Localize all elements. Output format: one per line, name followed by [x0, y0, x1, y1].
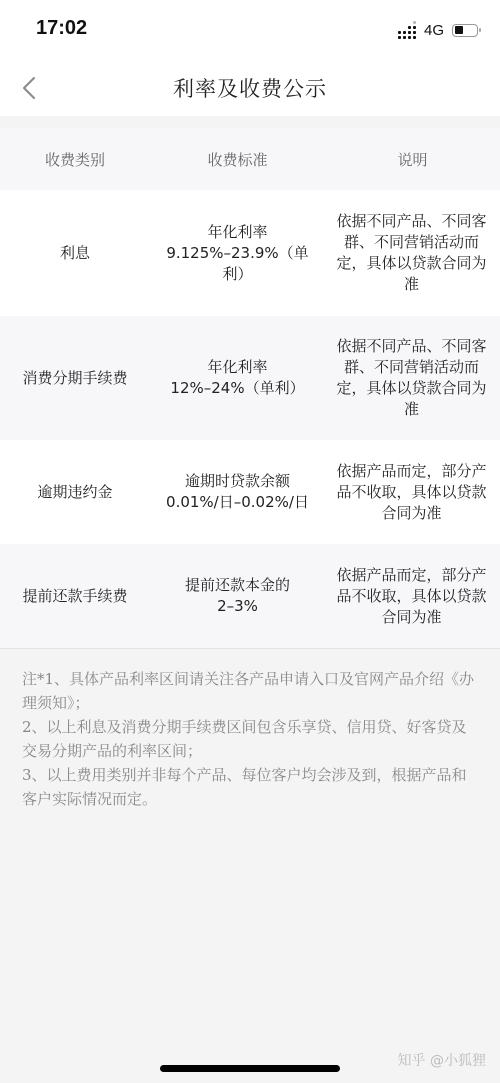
row-standard: 年化利率 9.125%–23.9%（单 利）	[150, 190, 325, 316]
footnote-1: 注*1、具体产品利率区间请关注各产品申请入口及官网产品介绍《办理须知》；	[22, 667, 478, 715]
table-row: 提前还款手续费 提前还款本金的 2–3% 依据产品而定，部分产 品不收取，具体以…	[0, 544, 500, 648]
footnote-2: 2、以上利息及消费分期手续费区间包含乐享贷、信用贷、好客贷及交易分期产品的利率区…	[22, 715, 478, 763]
battery-icon	[452, 24, 478, 37]
row-category: 逾期违约金	[0, 440, 150, 544]
fee-table: 收费类别 收费标准 说明 利息 年化利率 9.125%–23.9%（单 利） 依…	[0, 128, 500, 648]
page-title: 利率及收费公示	[173, 73, 327, 103]
row-category: 消费分期手续费	[0, 316, 150, 440]
table-row: 消费分期手续费 年化利率 12%–24%（单利） 依据不同产品、不同客 群、不同…	[0, 316, 500, 440]
header-note: 说明	[325, 128, 500, 190]
status-bar: 17:02 4G	[0, 0, 500, 60]
chevron-left-icon	[22, 76, 36, 100]
signal-icon	[398, 21, 416, 39]
status-time: 17:02	[36, 17, 87, 40]
row-note: 依据不同产品、不同客 群、不同营销活动而 定，具体以贷款合同为 准	[325, 316, 500, 440]
row-standard: 提前还款本金的 2–3%	[150, 544, 325, 648]
header-standard: 收费标准	[150, 128, 325, 190]
row-note: 依据产品而定，部分产 品不收取，具体以贷款 合同为准	[325, 544, 500, 648]
section-gap	[0, 116, 500, 128]
table-header: 收费类别 收费标准 说明	[0, 128, 500, 190]
nav-bar: 利率及收费公示	[0, 60, 500, 116]
table-row: 利息 年化利率 9.125%–23.9%（单 利） 依据不同产品、不同客 群、不…	[0, 190, 500, 316]
home-indicator[interactable]	[160, 1065, 340, 1072]
row-note: 依据产品而定，部分产 品不收取，具体以贷款 合同为准	[325, 440, 500, 544]
row-standard: 逾期时贷款余额 0.01%/日–0.02%/日	[150, 440, 325, 544]
footnotes: 注*1、具体产品利率区间请关注各产品申请入口及官网产品介绍《办理须知》； 2、以…	[0, 649, 500, 811]
footnote-3: 3、以上费用类别并非每个产品、每位客户均会涉及到，根据产品和客户实际情况而定。	[22, 763, 478, 811]
status-indicators: 4G	[398, 21, 478, 39]
header-category: 收费类别	[0, 128, 150, 190]
network-type: 4G	[424, 22, 444, 39]
back-button[interactable]	[18, 74, 40, 102]
row-standard: 年化利率 12%–24%（单利）	[150, 316, 325, 440]
row-category: 提前还款手续费	[0, 544, 150, 648]
row-note: 依据不同产品、不同客 群、不同营销活动而 定，具体以贷款合同为 准	[325, 190, 500, 316]
watermark: 知乎 @小狐狸	[398, 1050, 486, 1070]
table-row: 逾期违约金 逾期时贷款余额 0.01%/日–0.02%/日 依据产品而定，部分产…	[0, 440, 500, 544]
row-category: 利息	[0, 190, 150, 316]
